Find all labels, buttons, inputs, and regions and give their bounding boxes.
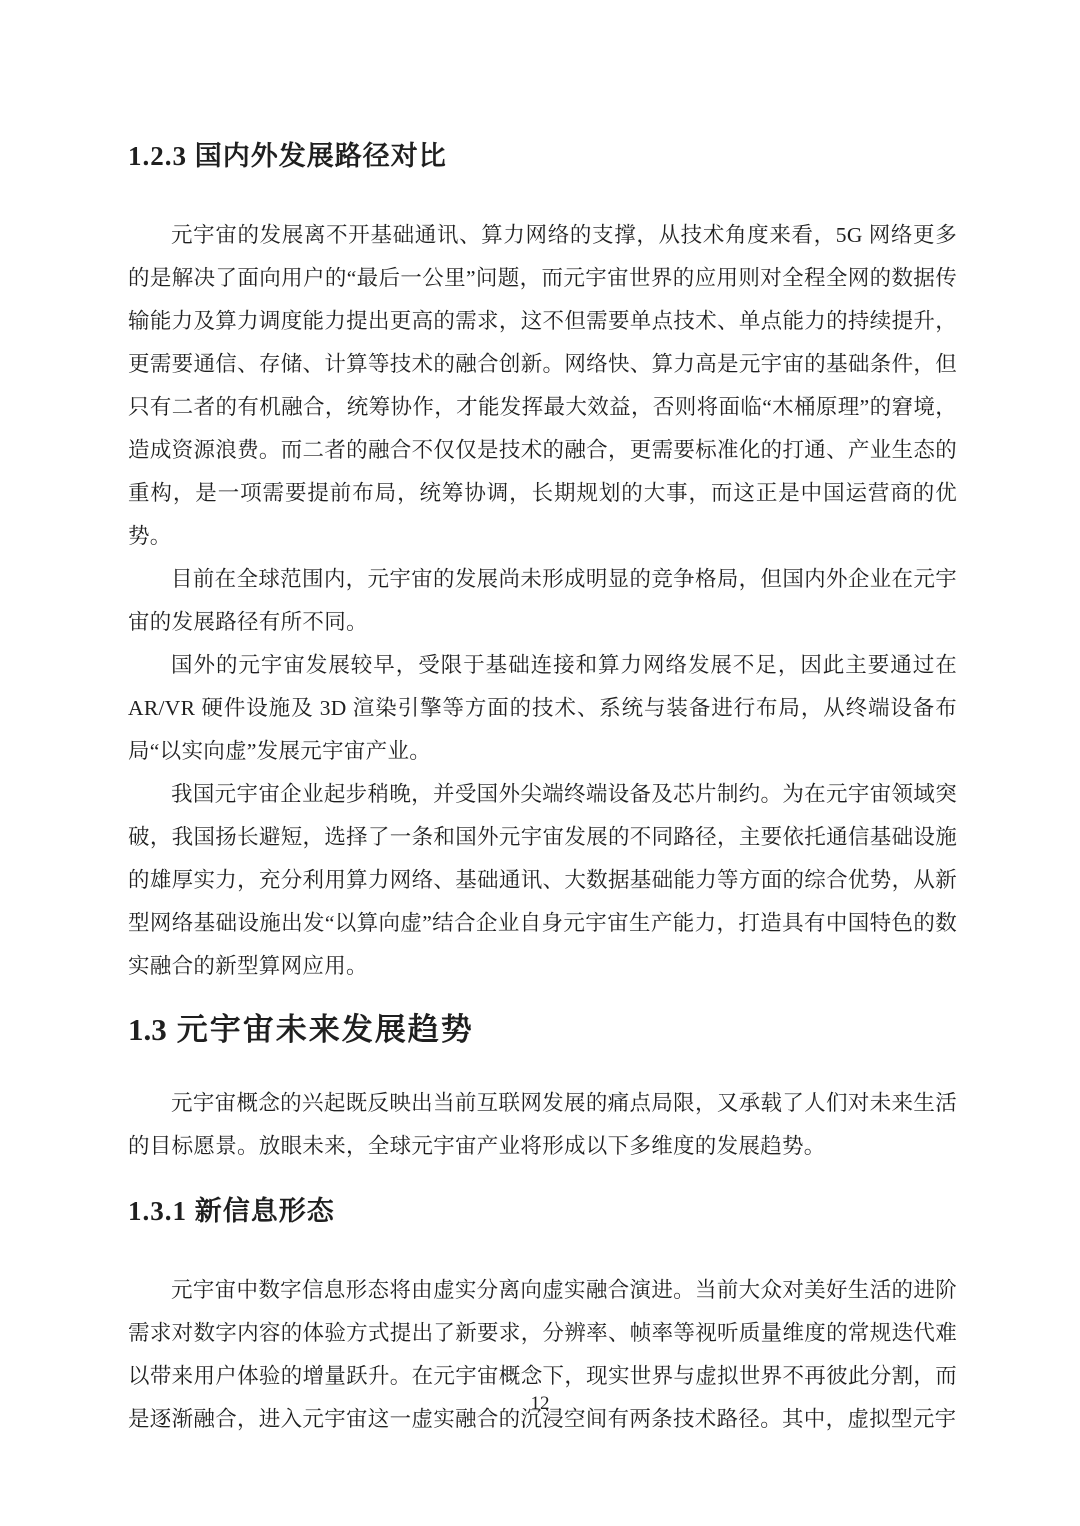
paragraph-4: 我国元宇宙企业起步稍晚，并受国外尖端终端设备及芯片制约。为在元宇宙领域突破，我国…: [128, 773, 957, 988]
page-content: 1.2.3 国内外发展路径对比 元宇宙的发展离不开基础通讯、算力网络的支撑，从技…: [128, 0, 957, 1441]
heading-text: 元宇宙未来发展趋势: [177, 1012, 474, 1047]
page-number: 12: [0, 1392, 1080, 1416]
section-heading-1-3-1: 1.3.1 新信息形态: [128, 1193, 957, 1229]
section-heading-1-2-3: 1.2.3 国内外发展路径对比: [128, 0, 957, 174]
heading-number: 1.3: [128, 1012, 167, 1047]
paragraph-2: 目前在全球范围内，元宇宙的发展尚未形成明显的竞争格局，但国内外企业在元宇宙的发展…: [128, 558, 957, 644]
paragraph-3: 国外的元宇宙发展较早，受限于基础连接和算力网络发展不足，因此主要通过在 AR/V…: [128, 644, 957, 773]
paragraph-1: 元宇宙的发展离不开基础通讯、算力网络的支撑，从技术角度来看，5G 网络更多的是解…: [128, 214, 957, 558]
paragraph-5: 元宇宙概念的兴起既反映出当前互联网发展的痛点局限，又承载了人们对未来生活的目标愿…: [128, 1082, 957, 1168]
document-page: 1.2.3 国内外发展路径对比 元宇宙的发展离不开基础通讯、算力网络的支撑，从技…: [0, 0, 1080, 1526]
section-heading-1-3: 1.3元宇宙未来发展趋势: [128, 1008, 957, 1052]
